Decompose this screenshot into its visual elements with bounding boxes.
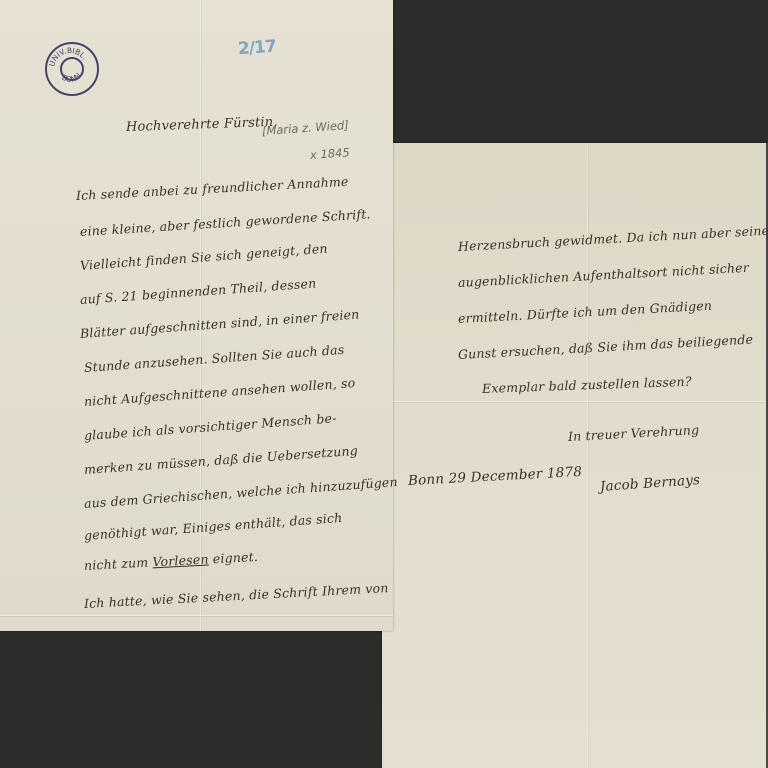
pencil-note-number: x 1845 [310, 145, 351, 162]
shelfmark-annotation: 2/17 [237, 37, 276, 60]
letter-line: merken zu müssen, daß die Uebersetzung [83, 443, 358, 477]
letter-page-right: Herzensbruch gewidmet. Da ich nun aber s… [382, 143, 768, 768]
svg-text:BONN: BONN [60, 71, 82, 84]
letter-line: augenblicklichen Aufenthaltsort nicht si… [458, 260, 750, 290]
letter-line: Vielleicht finden Sie sich geneigt, den [79, 241, 328, 273]
underlined-word: Vorlesen [152, 551, 209, 569]
letter-line: auf S. 21 beginnenden Theil, dessen [79, 275, 316, 306]
letter-line: nicht zum Vorlesen eignet. [84, 549, 259, 573]
letter-line: glaube ich als vorsichtiger Mensch be- [83, 410, 336, 443]
letter-line: Herzensbruch gewidmet. Da ich nun aber s… [458, 222, 768, 254]
letter-line: Stunde anzusehen. Sollten Sie auch das [83, 342, 344, 375]
letter-line: genöthigt war, Einiges enthält, das sich [83, 510, 342, 543]
paper-fold [200, 0, 201, 631]
library-stamp: UNIV.BIBL. BONN [45, 42, 99, 96]
letter-line: aus dem Griechischen, welche ich hinzuzu… [83, 474, 398, 511]
signature: Jacob Bernays [599, 472, 700, 495]
letter-page-left: UNIV.BIBL. BONN 2/17 Hochverehrte Fürsti… [0, 0, 393, 631]
letter-line: Ich sende anbei zu freundlicher Annahme [76, 174, 349, 203]
svg-text:UNIV.BIBL.: UNIV.BIBL. [47, 46, 89, 68]
paper-fold [382, 401, 766, 402]
paper-fold [0, 615, 393, 616]
letter-line: nicht Aufgeschnittene ansehen wollen, so [83, 375, 355, 409]
letter-line-text: nicht zum Vorlesen eignet. [84, 549, 259, 573]
salutation: Hochverehrte Fürstin, [126, 115, 278, 135]
letter-line: Blätter aufgeschnitten sind, in einer fr… [79, 306, 359, 340]
place-date: Bonn 29 December 1878 [408, 464, 583, 489]
stamp-text-icon: UNIV.BIBL. BONN [45, 42, 95, 92]
letter-line: ermitteln. Dürfte ich um den Gnädigen [458, 298, 713, 326]
letter-line: Gunst ersuchen, daß Sie ihm das beiliege… [458, 332, 754, 362]
letter-line: Ich hatte, wie Sie sehen, die Schrift Ih… [84, 580, 389, 611]
letter-line: eine kleine, aber festlich gewordene Sch… [80, 206, 371, 239]
